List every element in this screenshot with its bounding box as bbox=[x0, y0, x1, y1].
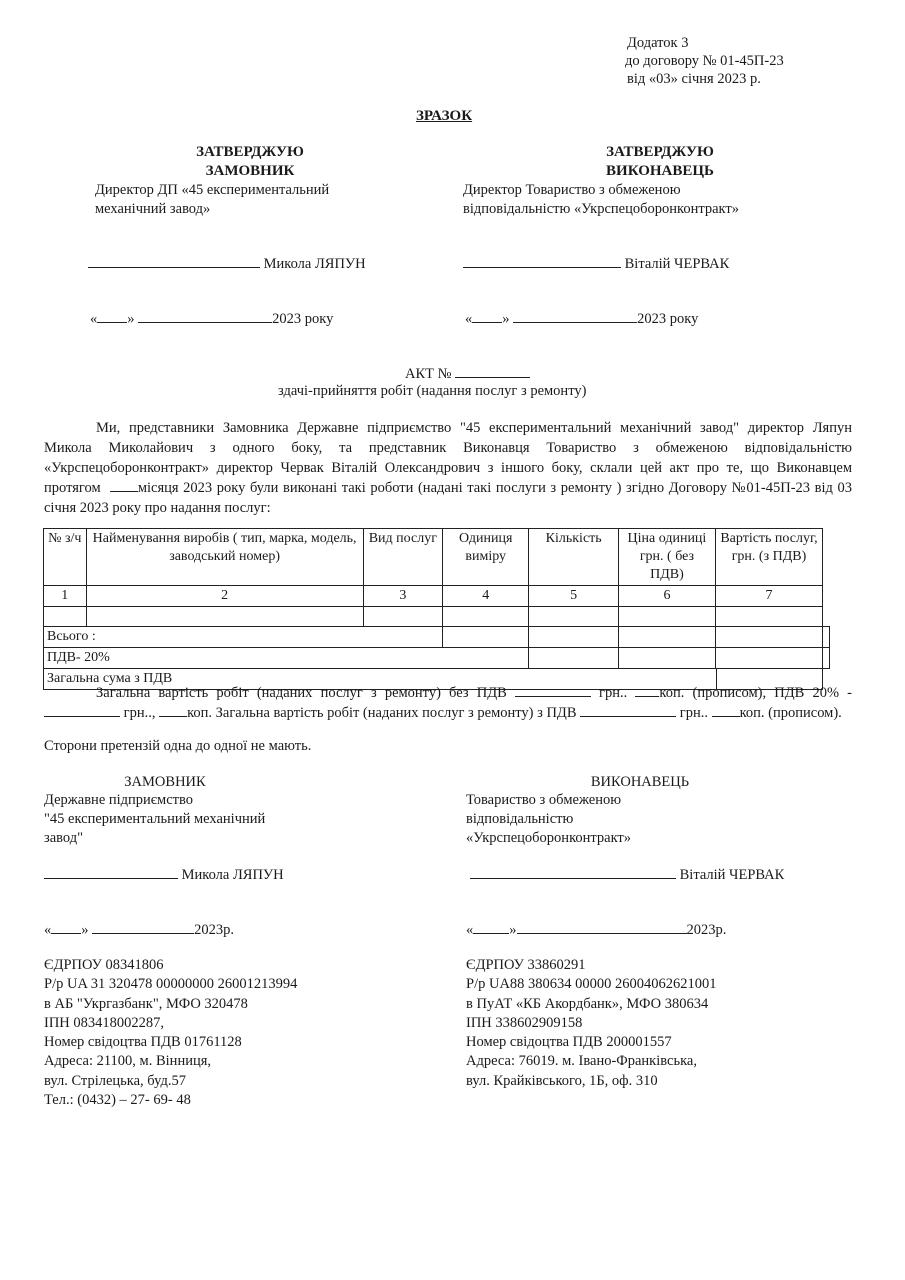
signature-line: Віталій ЧЕРВАК bbox=[470, 865, 784, 885]
kopecks-blank[interactable] bbox=[635, 683, 659, 697]
cell[interactable] bbox=[618, 627, 715, 648]
col-number: 5 bbox=[529, 586, 618, 607]
address: Адреса: 21100, м. Вінниця, bbox=[44, 1052, 297, 1071]
summary-text: коп. (прописом), ПДВ 20% - bbox=[659, 685, 852, 701]
signature-blank[interactable] bbox=[88, 254, 260, 268]
signature-line: Микола ЛЯПУН bbox=[44, 865, 284, 885]
approve-role: ЗАМОВНИК bbox=[150, 163, 350, 180]
total-row: Всього : bbox=[44, 627, 830, 648]
total-amount-blank[interactable] bbox=[580, 703, 676, 717]
signature-blank[interactable] bbox=[44, 865, 178, 879]
tax-id: ІПН 083418002287, bbox=[44, 1014, 297, 1033]
col-header-total: Вартість послуг, грн. (з ПДВ) bbox=[715, 529, 822, 586]
cell[interactable] bbox=[823, 648, 830, 669]
act-number-blank[interactable] bbox=[455, 364, 530, 378]
act-title: АКТ № bbox=[405, 364, 530, 384]
address: Адреса: 76019. м. Івано-Франківська, bbox=[466, 1052, 717, 1071]
table-numbering-row: 1 2 3 4 5 6 7 bbox=[44, 586, 830, 607]
party-name: Державне підприємство bbox=[44, 791, 193, 810]
cell[interactable] bbox=[86, 607, 363, 627]
currency-label: грн.. bbox=[680, 705, 708, 721]
col-number: 2 bbox=[86, 586, 363, 607]
approve-heading: ЗАТВЕРДЖУЮ bbox=[150, 144, 350, 161]
col-header-service-type: Вид послуг bbox=[363, 529, 442, 586]
approval-date-line: «» 2023 року bbox=[90, 309, 333, 329]
cell[interactable] bbox=[618, 648, 715, 669]
cell[interactable] bbox=[443, 607, 529, 627]
year-label: 2023 року bbox=[637, 311, 698, 327]
cell[interactable] bbox=[44, 607, 87, 627]
col-header-unit-price: Ціна одиниці грн. ( без ПДВ) bbox=[618, 529, 715, 586]
col-header-quantity: Кількість bbox=[529, 529, 618, 586]
cell[interactable] bbox=[618, 607, 715, 627]
col-header-unit: Одиниця виміру bbox=[443, 529, 529, 586]
act-subtitle: здачі-прийняття робіт (надання послуг з … bbox=[278, 382, 586, 401]
cell[interactable] bbox=[823, 627, 830, 648]
table-header-row: № з/ч Найменування виробів ( тип, марка,… bbox=[44, 529, 830, 586]
day-blank[interactable] bbox=[97, 309, 127, 323]
month-blank[interactable] bbox=[513, 309, 637, 323]
edrpou: ЄДРПОУ 08341806 bbox=[44, 956, 297, 975]
col-number: 6 bbox=[618, 586, 715, 607]
vat-certificate: Номер свідоцтва ПДВ 01761128 bbox=[44, 1033, 297, 1052]
cell[interactable] bbox=[715, 607, 822, 627]
approve-heading: ЗАТВЕРДЖУЮ bbox=[560, 144, 760, 161]
party-name-cont: завод" bbox=[44, 829, 83, 848]
bank-name: в ПуАТ «КБ Акордбанк», МФО 380634 bbox=[466, 995, 717, 1014]
summary-paragraph: Загальна вартість робіт (наданих послуг … bbox=[44, 683, 852, 723]
cell[interactable] bbox=[529, 607, 618, 627]
party-name-cont: відповідальністю bbox=[466, 810, 573, 829]
sample-title: ЗРАЗОК bbox=[416, 108, 472, 125]
address-street: вул. Стрілецька, буд.57 bbox=[44, 1072, 297, 1091]
currency-label: грн.., bbox=[124, 705, 156, 721]
col-number: 7 bbox=[715, 586, 822, 607]
signature-blank[interactable] bbox=[463, 254, 621, 268]
day-blank[interactable] bbox=[472, 309, 502, 323]
party-name: Товариство з обмеженою bbox=[466, 791, 621, 810]
table-row bbox=[44, 607, 830, 627]
signature-date-line: «» 2023р. bbox=[44, 920, 234, 940]
summary-text: коп. (прописом). bbox=[740, 705, 842, 721]
year-label: 2023 року bbox=[272, 311, 333, 327]
party-role: ЗАМОВНИК bbox=[40, 773, 290, 792]
amount-blank[interactable] bbox=[515, 683, 591, 697]
signer-name: Віталій ЧЕРВАК bbox=[680, 867, 785, 883]
month-blank[interactable] bbox=[517, 920, 687, 934]
col-header-number: № з/ч bbox=[44, 529, 87, 586]
day-blank[interactable] bbox=[51, 920, 81, 934]
currency-label: грн.. bbox=[599, 685, 627, 701]
act-intro-paragraph: Ми, представники Замовника Державне підп… bbox=[44, 418, 852, 518]
month-blank[interactable] bbox=[92, 920, 194, 934]
intro-text-cont: місяця 2023 року були виконані такі робо… bbox=[44, 480, 852, 516]
signature-line: Віталій ЧЕРВАК bbox=[463, 254, 729, 274]
services-table: № з/ч Найменування виробів ( тип, марка,… bbox=[43, 528, 830, 690]
signature-date-line: «»2023р. bbox=[466, 920, 726, 940]
approve-position-cont: механічний завод» bbox=[95, 200, 210, 219]
summary-text: Загальна вартість робіт (наданих послуг … bbox=[96, 685, 507, 701]
cell[interactable] bbox=[443, 627, 529, 648]
cell[interactable] bbox=[715, 627, 822, 648]
address-street: вул. Крайківського, 1Б, оф. 310 bbox=[466, 1072, 717, 1091]
approve-position: Директор ДП «45 експериментальний bbox=[95, 181, 329, 200]
vat-row: ПДВ- 20% bbox=[44, 648, 830, 669]
cell[interactable] bbox=[715, 648, 822, 669]
phone: Тел.: (0432) – 27- 69- 48 bbox=[44, 1091, 297, 1110]
month-blank[interactable] bbox=[110, 478, 138, 492]
signature-line: Микола ЛЯПУН bbox=[88, 254, 366, 274]
signer-name: Микола ЛЯПУН bbox=[182, 867, 284, 883]
cell[interactable] bbox=[529, 627, 618, 648]
col-number: 3 bbox=[363, 586, 442, 607]
signer-name: Микола ЛЯПУН bbox=[264, 256, 366, 272]
cell[interactable] bbox=[529, 648, 618, 669]
col-number: 1 bbox=[44, 586, 87, 607]
party-name-cont: «Укрспецоборонконтракт» bbox=[466, 829, 631, 848]
approval-date-line: «» 2023 року bbox=[465, 309, 698, 329]
party-role: ВИКОНАВЕЦЬ bbox=[515, 773, 765, 792]
day-blank[interactable] bbox=[473, 920, 509, 934]
kopecks-blank[interactable] bbox=[712, 703, 740, 717]
party-name-cont: "45 експериментальний механічний bbox=[44, 810, 265, 829]
appendix-date: від «03» січня 2023 р. bbox=[627, 70, 761, 89]
summary-text: коп. Загальна вартість робіт (наданих по… bbox=[187, 705, 576, 721]
appendix-contract: до договору № 01-45П-23 bbox=[625, 52, 784, 71]
no-claims-statement: Сторони претензій одна до одної не мають… bbox=[44, 737, 311, 756]
tax-id: ІПН 338602909158 bbox=[466, 1014, 717, 1033]
customer-requisites: ЄДРПОУ 08341806 Р/р UA 31 320478 0000000… bbox=[44, 956, 297, 1110]
bank-account: Р/р UA88 380634 00000 26004062621001 bbox=[466, 975, 717, 994]
bank-account: Р/р UA 31 320478 00000000 26001213994 bbox=[44, 975, 297, 994]
vat-certificate: Номер свідоцтва ПДВ 200001557 bbox=[466, 1033, 717, 1052]
month-blank[interactable] bbox=[138, 309, 272, 323]
signer-name: Віталій ЧЕРВАК bbox=[625, 256, 730, 272]
signature-blank[interactable] bbox=[470, 865, 676, 879]
year-label: 2023р. bbox=[194, 922, 234, 938]
contractor-requisites: ЄДРПОУ 33860291 Р/р UA88 380634 00000 26… bbox=[466, 956, 717, 1091]
approve-role: ВИКОНАВЕЦЬ bbox=[560, 163, 760, 180]
appendix-number: Додаток 3 bbox=[627, 34, 688, 53]
approve-position-cont: відповідальністю «Укрспецоборонконтракт» bbox=[463, 200, 739, 219]
approve-position: Директор Товариство з обмеженою bbox=[463, 181, 681, 200]
col-header-product: Найменування виробів ( тип, марка, модел… bbox=[86, 529, 363, 586]
total-label: Всього : bbox=[44, 627, 443, 648]
col-number: 4 bbox=[443, 586, 529, 607]
act-title-label: АКТ № bbox=[405, 366, 451, 382]
year-label: 2023р. bbox=[687, 922, 727, 938]
vat-amount-blank[interactable] bbox=[44, 703, 120, 717]
bank-name: в АБ "Укргазбанк", МФО 320478 bbox=[44, 995, 297, 1014]
kopecks-blank[interactable] bbox=[159, 703, 187, 717]
cell[interactable] bbox=[363, 607, 442, 627]
vat-label: ПДВ- 20% bbox=[44, 648, 529, 669]
edrpou: ЄДРПОУ 33860291 bbox=[466, 956, 717, 975]
